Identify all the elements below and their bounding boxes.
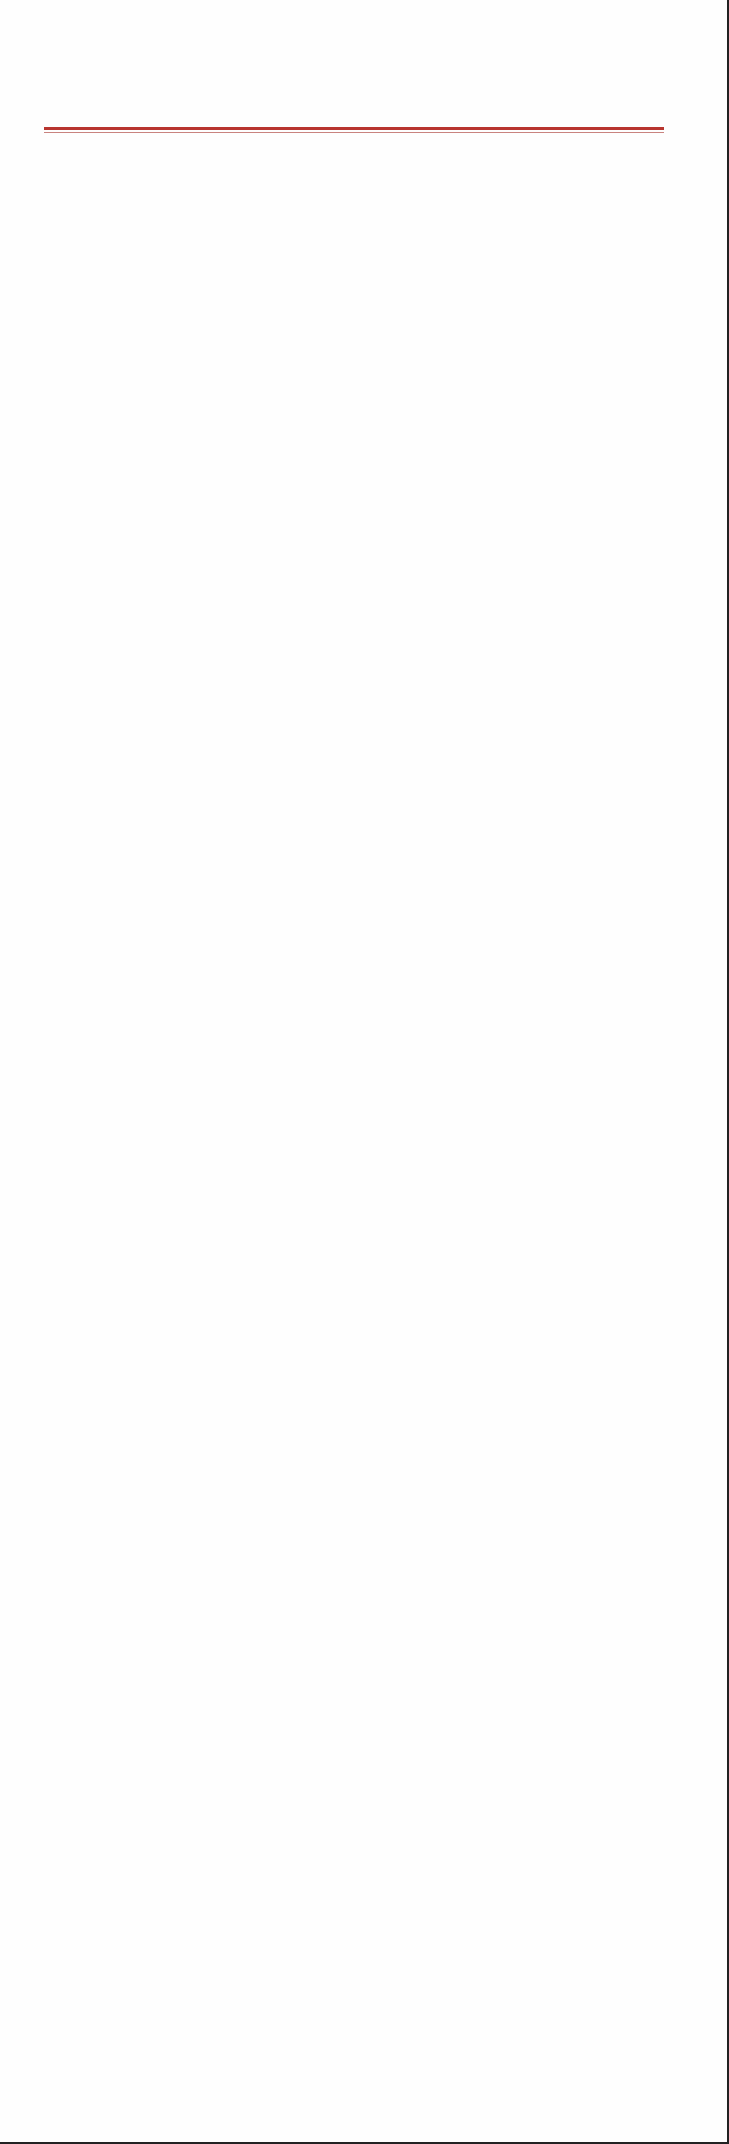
document-page	[0, 0, 729, 2144]
masthead-red-rule-thin	[44, 132, 664, 133]
masthead-red-rule	[44, 127, 664, 130]
